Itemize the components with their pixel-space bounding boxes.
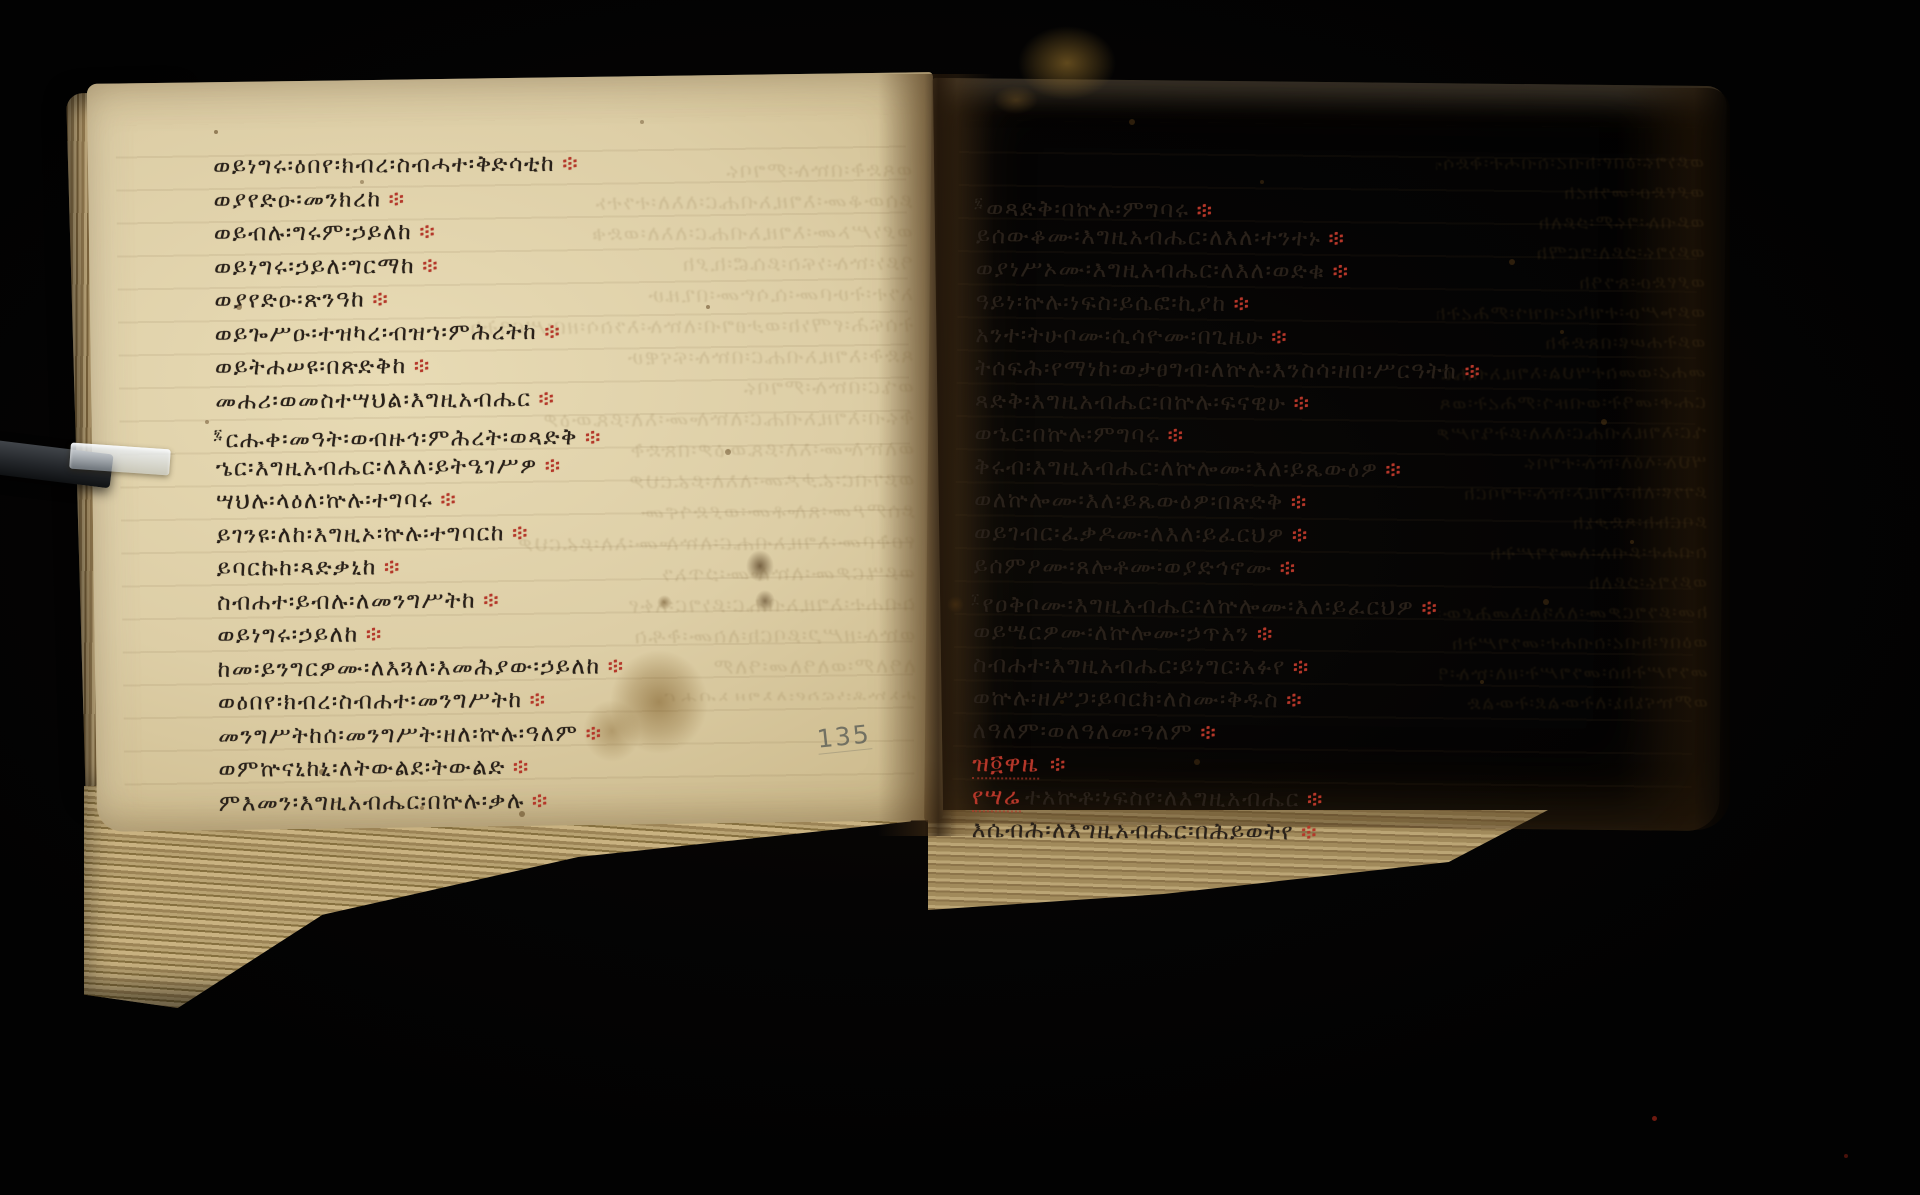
text-line: ይሰውቆሙ፡እግዚአብሔር፡ለእለ፡ተንተኑ፨ xyxy=(990,220,1483,256)
line-text: ወለኵሎሙ፡እለ፡ይጼውዕዎ፡በጽድቅ xyxy=(974,487,1284,515)
section-mark: ፨ xyxy=(422,253,439,278)
left-page-text-block: ወይነግሩ፡ዕበየ፡ክብረ፡ስብሓተ፡ቅድሳቲከ፨ ወያየድዑ፡መንክረከ፨ ወ… xyxy=(227,147,626,820)
text-line: መሐሪ፡ወመስተሣህል፡እግዚአብሔር፨ xyxy=(229,382,622,419)
text-line: ትሰፍሕ፡የማነከ፡ወታፀግብ፡ለኵሉ፡እንስሳ፡ዘበ፡ሥርዓትከ፨ xyxy=(989,352,1482,388)
line-text: ይባርኩከ፡ጻድቃኒከ xyxy=(217,554,377,581)
text-line: ይገንዩ፡ለከ፡እግዚኦ፡ኵሉ፡ተግባርከ፨ xyxy=(230,516,623,553)
text-line: ከመ፡ይንግርዎሙ፡ለእጓለ፡እመሕያው፡ኃይለከ፨ xyxy=(231,650,624,687)
line-text: አንተ፡ትሁቦሙ፡ሲሳዮሙ፡በጊዜሁ xyxy=(975,322,1264,350)
line-text: ምእመን፡እግዚአብሔር፡በኵሉ፡ቃሉ xyxy=(219,788,525,817)
line-text: ወዕበየ፡ክብረ፡ስብሐተ፡መንግሥትከ xyxy=(218,687,523,716)
text-line: ይባርኩከ፡ጻድቃኒከ፨ xyxy=(231,549,624,586)
text-line: እሴብሕ፡ለእግዚአብሔር፡በሕይወትየ፨ xyxy=(986,814,1479,850)
line-text: ወይሤርዎሙ፡ለኵሎሙ፡ኃጥአን xyxy=(973,619,1250,647)
text-line: ፯ርሑቀ፡መዓት፡ወብዙኅ፡ምሕረት፡ወጻድቅ፨ xyxy=(229,415,622,452)
page-number-pencil: 135 xyxy=(816,719,873,754)
text-line: ወይነግሩ፡ኃይለ፡ግርማከ፨ xyxy=(228,248,621,285)
line-text: እሴብሕ፡ለእግዚአብሔር፡በሕይወትየ xyxy=(972,817,1294,845)
section-mark: ፨ xyxy=(1286,688,1303,713)
section-mark: ፨ xyxy=(1271,325,1288,350)
text-line: ጻድቅ፡እግዚአብሔር፡በኵሉ፡ፍናዊሁ፨ xyxy=(989,385,1482,421)
section-mark: ፨ xyxy=(1328,227,1345,252)
section-mark: ፨ xyxy=(1291,490,1308,515)
text-line: ወያየድዑ፡መንክረከ፨ xyxy=(227,181,620,218)
section-mark: ፨ xyxy=(414,354,431,379)
text-line: ለዓለም፡ወለዓለመ፡ዓለም፨ xyxy=(986,715,1479,751)
section-mark: ፨ xyxy=(545,453,562,478)
line-text: ስብሐተ፡ይብሉ፡ለመንግሥትከ xyxy=(217,587,476,615)
rubric-word: የሣሬ xyxy=(972,784,1021,812)
background-speck xyxy=(1844,1154,1848,1158)
text-line: ፲የዐቅቦሙ፡እግዚአብሔር፡ለኵሎሙ፡እለ፡ይፈርህዎ፨ xyxy=(987,583,1480,619)
text-line: ቅሩብ፡እግዚአብሔር፡ለኵሎሙ፡እለ፡ይጼውዕዎ፨ xyxy=(988,451,1481,487)
line-text: መሐሪ፡ወመስተሣህል፡እግዚአብሔር xyxy=(215,386,531,415)
line-text: ወኄር፡በኵሉ፡ምግባሩ xyxy=(974,421,1160,448)
section-mark: ፨ xyxy=(440,488,457,513)
text-line: ምእመን፡እግዚአብሔር፡በኵሉ፡ቃሉ፨ xyxy=(233,784,626,821)
text-line: ወይትሐሠዩ፡በጽድቅከ፨ xyxy=(229,348,622,385)
section-mark: ፨ xyxy=(1385,458,1402,483)
line-text: ትሰፍሕ፡የማነከ፡ወታፀግብ፡ለኵሉ፡እንስሳ፡ዘበ፡ሥርዓትከ xyxy=(975,355,1458,384)
section-mark: ፨ xyxy=(1280,556,1297,581)
section-mark: ፨ xyxy=(1050,753,1067,778)
section-mark: ፨ xyxy=(562,152,579,177)
section-mark: ፨ xyxy=(1464,360,1481,385)
text-line: ዝ፬ዋዜ፨ xyxy=(986,748,1479,784)
section-mark: ፨ xyxy=(1307,788,1324,813)
verse-number: ፯ xyxy=(974,187,984,220)
section-mark: ፨ xyxy=(372,287,389,312)
line-text: ስብሐተ፡እግዚአብሔር፡ይነግር፡አፉየ xyxy=(973,652,1286,680)
text-line: ወምኵናኒከኒ፡ለትውልደ፡ትውልድ፨ xyxy=(232,750,625,787)
section-mark: ፨ xyxy=(530,688,547,713)
text-line: ዓይነ፡ኵሉ፡ነፍስ፡ይሴፎ፡ኪያከ፨ xyxy=(989,286,1482,322)
section-mark: ፨ xyxy=(1167,424,1184,449)
line-text: ወኵሉ፡ዘሥጋ፡ይባርክ፡ለስሙ፡ቅዱስ xyxy=(973,685,1280,713)
section-mark: ፨ xyxy=(532,788,549,813)
line-text: ርሑቀ፡መዓት፡ወብዙኅ፡ምሕረት፡ወጻድቅ xyxy=(225,424,578,453)
section-mark: ፨ xyxy=(1293,655,1310,680)
line-text: ተአኵቶ፡ነፍስየ፡ለእግዚአብሔር xyxy=(1025,785,1300,813)
line-text: ወይትሐሠዩ፡በጽድቅከ xyxy=(215,353,407,381)
rubric-word: ዝ፬ዋዜ xyxy=(972,751,1039,779)
line-text: ወይነግሩ፡ኃይለከ xyxy=(217,622,359,649)
section-mark: ፨ xyxy=(1293,391,1310,416)
section-mark: ፨ xyxy=(388,187,405,212)
line-text: ዓይነ፡ኵሉ፡ነፍስ፡ይሴፎ፡ኪያከ xyxy=(975,289,1226,317)
text-line: ወያየድዑ፡ጽንዓከ፨ xyxy=(228,281,621,318)
text-line: ወያነሥኦሙ፡እግዚአብሔር፡ለእለ፡ወድቁ፨ xyxy=(990,253,1483,289)
text-line: ወዕበየ፡ክብረ፡ስብሐተ፡መንግሥትከ፨ xyxy=(232,683,625,720)
text-line: ሣህሉ፡ላዕለ፡ኵሉ፡ተግባሩ፨ xyxy=(230,482,623,519)
line-text: ወይነግሩ፡ዕበየ፡ክብረ፡ስብሓተ፡ቅድሳቲከ xyxy=(213,151,555,180)
verse-number: ፯ xyxy=(213,419,223,453)
line-text: ወይጐሥዑ፡ተዝካረ፡ብዝኀ፡ምሕረትከ xyxy=(215,319,538,348)
section-mark: ፨ xyxy=(1421,596,1438,621)
line-text: ይሰውቆሙ፡እግዚአብሔር፡ለእለ፡ተንተኑ xyxy=(976,223,1322,251)
text-line: ኄር፡እግዚአብሔር፡ለእለ፡ይትዔገሥዎ፨ xyxy=(230,449,623,486)
text-line: ስብሐተ፡እግዚአብሔር፡ይነግር፡አፉየ፨ xyxy=(987,649,1480,685)
line-text: ጻድቅ፡እግዚአብሔር፡በኵሉ፡ፍናዊሁ xyxy=(975,388,1287,416)
section-mark: ፨ xyxy=(512,521,529,546)
line-text: ወያየድዑ፡መንክረከ xyxy=(213,186,381,213)
section-mark: ፨ xyxy=(585,425,602,450)
text-line: ይሰምዖሙ፡ጸሎቶሙ፡ወያድኅኖሙ፨ xyxy=(988,550,1481,586)
line-text: ከመ፡ይንግርዎሙ፡ለእጓለ፡እመሕያው፡ኃይለከ xyxy=(217,653,600,682)
section-mark: ፨ xyxy=(544,319,561,344)
section-mark: ፨ xyxy=(419,220,436,245)
section-mark: ፨ xyxy=(585,721,602,746)
section-mark: ፨ xyxy=(384,555,401,580)
section-mark: ፨ xyxy=(1200,721,1217,746)
text-line: ወይነግሩ፡ዕበየ፡ክብረ፡ስብሓተ፡ቅድሳቲከ፨ xyxy=(227,147,620,184)
right-page-text-block: ፯ወጻድቅ፡በኵሉ፡ምግባሩ፨ ይሰውቆሙ፡እግዚአብሔር፡ለእለ፡ተንተኑ፨ … xyxy=(986,187,1483,850)
text-line: ወለኵሎሙ፡እለ፡ይጼውዕዎ፡በጽድቅ፨ xyxy=(988,484,1481,520)
line-text: ይገንዩ፡ለከ፡እግዚኦ፡ኵሉ፡ተግባርከ xyxy=(216,520,505,549)
photo-of-open-manuscript: { "scene": { "description": "Photograph … xyxy=(0,0,1920,1195)
section-mark: ፨ xyxy=(1301,820,1318,845)
text-line: ወይጐሥዑ፡ተዝካረ፡ብዝኀ፡ምሕረትከ፨ xyxy=(229,315,622,352)
text-line: አንተ፡ትሁቦሙ፡ሲሳዮሙ፡በጊዜሁ፨ xyxy=(989,319,1482,355)
section-mark: ፨ xyxy=(1292,523,1309,548)
text-line: ፯ወጻድቅ፡በኵሉ፡ምግባሩ፨ xyxy=(990,187,1483,223)
line-text: ኄር፡እግዚአብሔር፡ለእለ፡ይትዔገሥዎ xyxy=(216,453,538,482)
verse-number: ፲ xyxy=(971,583,980,616)
line-text: ሣህሉ፡ላዕለ፡ኵሉ፡ተግባሩ xyxy=(216,487,433,515)
line-text: መንግሥትከሰ፡መንግሥት፡ዘለ፡ኵሉ፡ዓለም xyxy=(218,720,579,749)
section-mark: ፨ xyxy=(1233,292,1250,317)
section-mark: ፨ xyxy=(538,386,555,411)
line-text: ቅሩብ፡እግዚአብሔር፡ለኵሎሙ፡እለ፡ይጼውዕዎ xyxy=(974,454,1378,483)
line-text: ወይነግሩ፡ኃይለ፡ግርማከ xyxy=(214,253,415,281)
text-line: የሣሬተአኵቶ፡ነፍስየ፡ለእግዚአብሔር፨ xyxy=(986,781,1479,817)
line-text: ወይብሉ፡ግሩም፡ኃይለከ xyxy=(214,219,413,247)
text-line: ወኵሉ፡ዘሥጋ፡ይባርክ፡ለስሙ፡ቅዱስ፨ xyxy=(987,682,1480,718)
line-text: ይሰምዖሙ፡ጸሎቶሙ፡ወያድኅኖሙ xyxy=(974,553,1273,581)
line-text: ወይገብር፡ፈቃዶሙ፡ለእለ፡ይፈርህዎ xyxy=(974,520,1285,548)
text-line: ወይሤርዎሙ፡ለኵሎሙ፡ኃጥአን፨ xyxy=(987,616,1480,652)
line-text: ወያነሥኦሙ፡እግዚአብሔር፡ለእለ፡ወድቁ xyxy=(976,256,1326,284)
line-text: ወጻድቅ፡በኵሉ፡ምግባሩ xyxy=(986,196,1190,223)
line-text: ለዓለም፡ወለዓለመ፡ዓለም xyxy=(972,718,1193,746)
section-mark: ፨ xyxy=(1196,198,1213,223)
section-mark: ፨ xyxy=(1257,622,1274,647)
section-mark: ፨ xyxy=(483,588,500,613)
section-mark: ፨ xyxy=(366,622,383,647)
text-line: ስብሐተ፡ይብሉ፡ለመንግሥትከ፨ xyxy=(231,583,624,620)
text-line: መንግሥትከሰ፡መንግሥት፡ዘለ፡ኵሉ፡ዓለም፨ xyxy=(232,717,625,754)
text-line: ወይብሉ፡ግሩም፡ኃይለከ፨ xyxy=(228,214,621,251)
section-mark: ፨ xyxy=(513,755,530,780)
text-line: ወይነግሩ፡ኃይለከ፨ xyxy=(231,616,624,653)
section-mark: ፨ xyxy=(608,654,625,679)
line-text: ወያየድዑ፡ጽንዓከ xyxy=(214,287,365,314)
line-text: ወምኵናኒከኒ፡ለትውልደ፡ትውልድ xyxy=(218,754,506,783)
background-speck xyxy=(1652,1116,1657,1121)
text-line: ወኄር፡በኵሉ፡ምግባሩ፨ xyxy=(988,418,1481,454)
text-line: ወይገብር፡ፈቃዶሙ፡ለእለ፡ይፈርህዎ፨ xyxy=(988,517,1481,553)
section-mark: ፨ xyxy=(1333,260,1350,285)
